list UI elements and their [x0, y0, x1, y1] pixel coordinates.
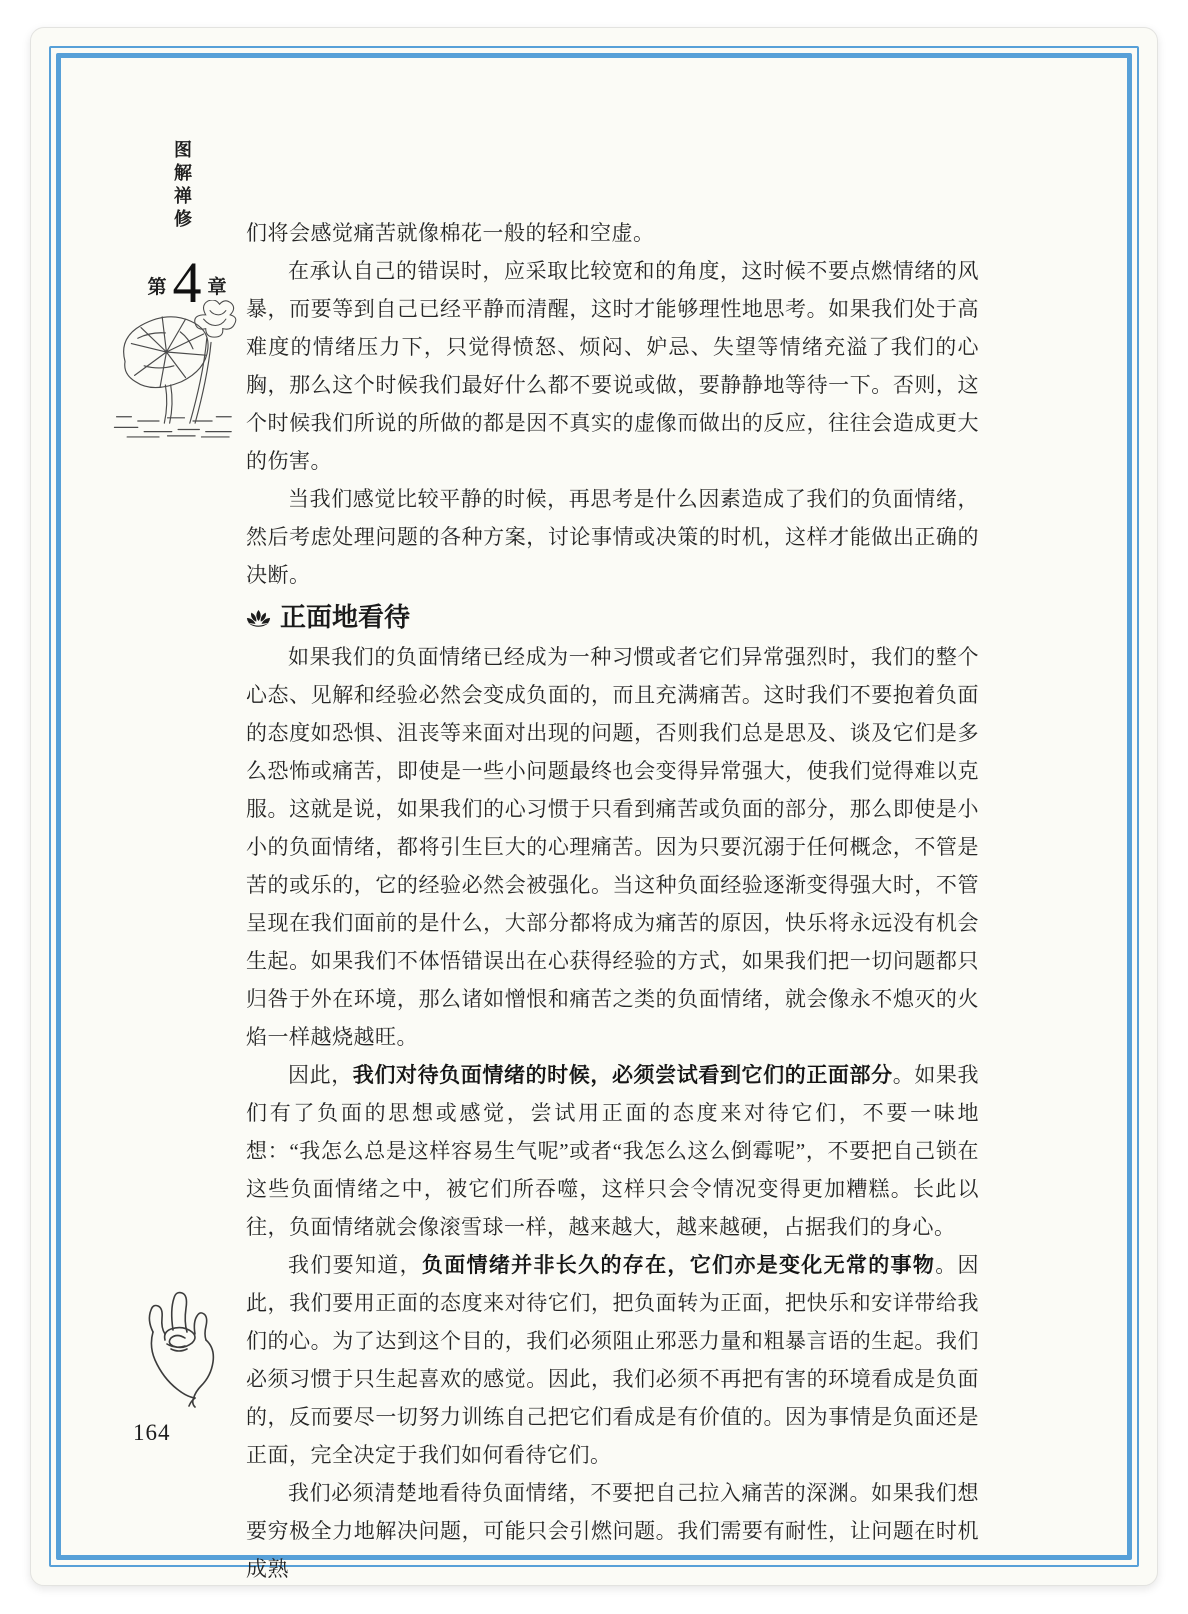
text-segment: 我们要知道，: [288, 1253, 422, 1277]
text-segment: 如果我们的负面情绪已经成为一种习惯或者它们异常强烈时，我们的整个心态、见解和经验…: [246, 645, 979, 1049]
chapter-prefix: 第: [147, 272, 166, 299]
section-heading: 正面地看待: [246, 599, 979, 637]
text-segment: 们将会感觉痛苦就像棉花一般的轻和空虚。: [246, 221, 655, 245]
bold-text-segment: 我们对待负面情绪的时候，必须尝试看到它们的正面部分: [353, 1063, 893, 1087]
book-title-char: 解: [169, 162, 197, 185]
text-segment: 。因此，我们要用正面的态度来对待它们，把负面转为正面，把快乐和安详带给我们的心。…: [246, 1253, 979, 1467]
text-segment: 当我们感觉比较平静的时候，再思考是什么因素造成了我们的负面情绪，然后考虑处理问题…: [246, 487, 979, 587]
text-segment: 在承认自己的错误时，应采取比较宽和的角度，这时候不要点燃情绪的风暴，而要等到自己…: [246, 259, 979, 473]
book-title-vertical: 图解禅修: [169, 139, 197, 231]
bold-text-segment: 负面情绪并非长久的存在，它们亦是变化无常的事物: [422, 1253, 935, 1277]
text-segment: 我们必须清楚地看待负面情绪，不要把自己拉入痛苦的深渊。如果我们想要穷极全力地解决…: [246, 1481, 979, 1581]
paragraph: 们将会感觉痛苦就像棉花一般的轻和空虚。: [246, 214, 979, 252]
lotus-illustration: [111, 300, 241, 438]
lotus-bullet-icon: [246, 609, 271, 627]
mudra-hand-illustration: [143, 1290, 225, 1408]
chapter-suffix: 章: [208, 272, 227, 299]
paragraph: 因此，我们对待负面情绪的时候，必须尝试看到它们的正面部分。如果我们有了负面的思想…: [246, 1056, 979, 1246]
book-title-char: 修: [169, 208, 197, 231]
text-segment: 因此，: [288, 1063, 353, 1087]
page-number: 164: [133, 1420, 171, 1446]
text-column: 们将会感觉痛苦就像棉花一般的轻和空虚。在承认自己的错误时，应采取比较宽和的角度，…: [246, 214, 979, 1588]
paragraph: 我们要知道，负面情绪并非长久的存在，它们亦是变化无常的事物。因此，我们要用正面的…: [246, 1246, 979, 1474]
section-heading-text: 正面地看待: [280, 599, 410, 637]
paragraph: 如果我们的负面情绪已经成为一种习惯或者它们异常强烈时，我们的整个心态、见解和经验…: [246, 638, 979, 1056]
book-title-char: 图: [169, 139, 197, 162]
paragraph: 我们必须清楚地看待负面情绪，不要把自己拉入痛苦的深渊。如果我们想要穷极全力地解决…: [246, 1474, 979, 1588]
paragraph: 当我们感觉比较平静的时候，再思考是什么因素造成了我们的负面情绪，然后考虑处理问题…: [246, 480, 979, 594]
text-segment: 。如果我们有了负面的思想或感觉，尝试用正面的态度来对待它们，不要一味地想：“我怎…: [246, 1063, 979, 1239]
book-page: 图解禅修 第 4 章 们将会感觉痛苦就像棉花一般的轻和空虚。在承认自己的错误时，…: [30, 27, 1158, 1586]
book-title-char: 禅: [169, 185, 197, 208]
paragraph: 在承认自己的错误时，应采取比较宽和的角度，这时候不要点燃情绪的风暴，而要等到自己…: [246, 252, 979, 480]
